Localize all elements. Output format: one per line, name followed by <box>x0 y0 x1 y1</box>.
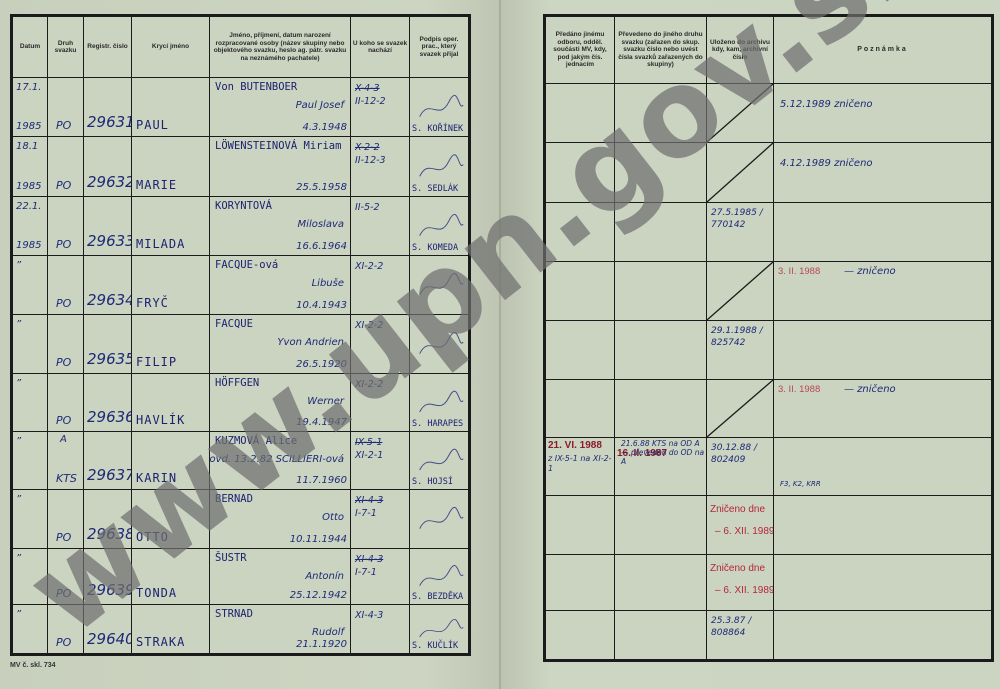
table-row: ” PO 29634 FRYČ FACQUE-ová Libuše 10.4.1… <box>12 256 470 315</box>
file-type: PO <box>56 119 71 132</box>
header-cover-name: Krycí jméno <box>132 16 210 78</box>
person-surname: BERNAD <box>215 493 253 505</box>
cell-file-location: XI-2-2 <box>351 374 410 432</box>
date-line-1: ” <box>16 260 21 271</box>
date-line-1: ” <box>16 494 21 505</box>
person-surname: FACQUE <box>215 318 253 330</box>
cell-signature: S. KOŘÍNEK <box>410 78 470 137</box>
cell-archived: 25.3.87 / 808864 <box>707 611 774 661</box>
location-line-1: XI-2-2 <box>355 261 383 272</box>
cell-archived: 29.1.1988 / 825742 <box>707 321 774 380</box>
signature-name: S. KUČLÍK <box>412 641 458 651</box>
cell-file-type: PO <box>48 78 84 137</box>
registration-number: 29633 <box>87 232 132 250</box>
cell-archived <box>707 84 774 143</box>
cell-person: Von BUTENBOER Paul Josef 4.3.1948 <box>210 78 351 137</box>
table-row: 4.12.1989 zničeno <box>545 143 993 203</box>
person-birthdate: 10.4.1943 <box>296 300 347 311</box>
cell-signature: S. KUČLÍK <box>410 605 470 655</box>
registration-number: 29640 <box>87 630 132 648</box>
registration-number: 29634 <box>87 291 132 309</box>
cell-date: ” <box>12 374 48 432</box>
registration-number: 29639 <box>87 581 132 599</box>
cell-registration-number: 29635 <box>84 315 132 374</box>
location-line-2: II-12-3 <box>355 155 386 166</box>
signature-scribble-icon <box>410 256 468 314</box>
cell-person: BERNAD Otto 10.11.1944 <box>210 490 351 549</box>
cell-file-type: PO <box>48 137 84 197</box>
cell-person: FACQUE-ová Libuše 10.4.1943 <box>210 256 351 315</box>
table-row: 21. VI. 1988 z IX-5-1 na XI-2-1 16. II. … <box>545 438 993 496</box>
cell-handed-over <box>545 84 615 143</box>
person-surname: ŠUSTR <box>215 552 247 564</box>
registration-number: 29635 <box>87 350 132 368</box>
table-row: ” A KTS 29637 KARIN KUZMOVÁ Alice provd.… <box>12 432 470 490</box>
cell-file-location: X-2-2 II-12-3 <box>351 137 410 197</box>
cell-archived: Zničeno dne – 6. XII. 1989 <box>707 555 774 611</box>
header-handed-over: Předáno jinému odboru, odděl. součásti M… <box>545 16 615 84</box>
form-number: MV č. skl. 734 <box>10 662 56 669</box>
location-line-2: XI-2-1 <box>355 450 383 461</box>
table-row: 5.12.1989 zničeno <box>545 84 993 143</box>
signature-name: S. SEDLÁK <box>412 184 458 194</box>
cancel-slash-icon <box>707 262 773 320</box>
cell-registration-number: 29639 <box>84 549 132 605</box>
cell-file-location: XI-2-2 <box>351 256 410 315</box>
header-registration-number: Registr. číslo <box>84 16 132 78</box>
cell-file-type: PO <box>48 197 84 256</box>
cell-file-type: PO <box>48 549 84 605</box>
cell-note: F3, K2, KRR <box>774 438 993 496</box>
handed-over-text: z IX-5-1 na XI-2-1 <box>548 454 614 474</box>
person-surname: KORYNTOVÁ <box>215 200 272 212</box>
person-birthdate: 4.3.1948 <box>302 122 347 133</box>
cover-name: FRYČ <box>136 296 169 310</box>
table-row: 29.1.1988 / 825742 <box>545 321 993 380</box>
person-birthdate: 25.12.1942 <box>290 590 347 601</box>
signature-name: S. HARAPES <box>412 419 463 429</box>
cell-handed-over <box>545 555 615 611</box>
date-line-2: 1985 <box>16 181 41 192</box>
cell-person: FACQUE Yvon Andrien 26.5.1920 <box>210 315 351 374</box>
cell-note <box>774 321 993 380</box>
person-birthdate: 10.11.1944 <box>290 534 347 545</box>
converted-text: 21.6.88 KTS na OD A — převeden do OD na … <box>621 439 705 466</box>
person-birthdate: 25.5.1958 <box>296 182 347 193</box>
location-line-1: XI-2-2 <box>355 320 383 331</box>
cell-file-location: X-4-3 II-12-2 <box>351 78 410 137</box>
file-type: PO <box>56 636 71 649</box>
location-line-1: XI-4-3 <box>355 495 383 506</box>
note-text: — zničeno <box>844 266 896 277</box>
cell-file-type: PO <box>48 490 84 549</box>
file-type-note: A <box>60 434 67 445</box>
cover-name: STRAKA <box>136 635 185 649</box>
cell-date: 17.1. 1985 <box>12 78 48 137</box>
cell-signature <box>410 256 470 315</box>
cell-converted <box>615 496 707 555</box>
registry-ledger-left: Datum Druh svazku Registr. číslo Krycí j… <box>10 14 471 656</box>
archive-number: 25.3.87 / 808864 <box>711 615 771 639</box>
cover-name: HAVLÍK <box>136 413 185 427</box>
cover-name: MARIE <box>136 178 177 192</box>
cell-archived: 27.5.1985 / 770142 <box>707 203 774 262</box>
cell-cover-name: HAVLÍK <box>132 374 210 432</box>
table-row: 3. II. 1988 — zničeno <box>545 380 993 438</box>
location-line-1: X-4-3 <box>355 83 380 94</box>
destroyed-stamp-line-1: Zničeno dne <box>710 504 765 515</box>
cell-signature <box>410 490 470 549</box>
file-type: KTS <box>56 472 77 485</box>
table-row: ” PO 29636 HAVLÍK HÖFFGEN Werner 19.4.19… <box>12 374 470 432</box>
person-firstname: Otto <box>322 512 344 523</box>
cell-file-type: PO <box>48 605 84 655</box>
cell-note: 5.12.1989 zničeno <box>774 84 993 143</box>
cell-handed-over <box>545 143 615 203</box>
signature-scribble-icon <box>410 490 468 548</box>
cell-converted <box>615 203 707 262</box>
cover-name: MILADA <box>136 237 185 251</box>
signature-scribble-icon <box>410 315 468 373</box>
table-row: Zničeno dne – 6. XII. 1989 <box>545 555 993 611</box>
cancel-slash-icon <box>707 84 773 142</box>
file-type: PO <box>56 297 71 310</box>
cell-date: ” <box>12 256 48 315</box>
cell-cover-name: KARIN <box>132 432 210 490</box>
person-birthdate: 19.4.1947 <box>296 417 347 428</box>
location-line-1: X-2-2 <box>355 142 380 153</box>
header-file-location: U koho se svazek nachází <box>351 16 410 78</box>
cancel-slash-icon <box>707 143 773 202</box>
cell-file-location: II-5-2 <box>351 197 410 256</box>
header-file-type: Druh svazku <box>48 16 84 78</box>
cell-note <box>774 203 993 262</box>
cell-file-type: A KTS <box>48 432 84 490</box>
cell-converted <box>615 262 707 321</box>
destroyed-stamp-line-2: – 6. XII. 1989 <box>715 526 774 537</box>
file-type: PO <box>56 531 71 544</box>
cell-cover-name: FILIP <box>132 315 210 374</box>
cell-note <box>774 496 993 555</box>
cell-signature: S. BEZDĚKA <box>410 549 470 605</box>
person-firstname: Libuše <box>312 278 344 289</box>
cell-converted <box>615 321 707 380</box>
archive-number: 29.1.1988 / 825742 <box>711 325 771 349</box>
person-firstname: Paul Josef <box>296 100 344 111</box>
archive-number: 30.12.88 / 802409 <box>711 442 771 466</box>
cancel-slash-icon <box>707 380 773 437</box>
cell-converted <box>615 84 707 143</box>
cell-date: ” <box>12 490 48 549</box>
cell-signature: S. HARAPES <box>410 374 470 432</box>
date-line-2: 1985 <box>16 121 41 132</box>
person-surname: HÖFFGEN <box>215 377 259 389</box>
date-line-1: ” <box>16 609 21 620</box>
cell-date: 18.1 1985 <box>12 137 48 197</box>
cell-file-location: XI-4-3 <box>351 605 410 655</box>
cell-signature: S. KOMEDA <box>410 197 470 256</box>
note-text: 4.12.1989 zničeno <box>780 158 873 169</box>
cell-archived <box>707 262 774 321</box>
note-text: F3, K2, KRR <box>780 480 821 488</box>
cell-note: 3. II. 1988 — zničeno <box>774 380 993 438</box>
cell-converted <box>615 143 707 203</box>
signature-name: S. KOMEDA <box>412 243 458 253</box>
cell-file-type: PO <box>48 256 84 315</box>
person-firstname: Yvon Andrien <box>277 337 344 348</box>
person-surname: STRNAD <box>215 608 253 620</box>
person-birthdate: 11.7.1960 <box>296 475 347 486</box>
cell-converted <box>615 555 707 611</box>
cell-registration-number: 29633 <box>84 197 132 256</box>
registration-number: 29638 <box>87 525 132 543</box>
location-line-1: XI-2-2 <box>355 379 383 390</box>
cell-signature: S. HOJSÍ <box>410 432 470 490</box>
cell-converted <box>615 380 707 438</box>
cell-note <box>774 555 993 611</box>
date-line-1: 18.1 <box>16 141 38 152</box>
cell-note: 3. II. 1988 — zničeno <box>774 262 993 321</box>
person-firstname: Miloslava <box>298 219 344 230</box>
cell-signature <box>410 315 470 374</box>
signature-name: S. KOŘÍNEK <box>412 124 463 134</box>
header-row: Datum Druh svazku Registr. číslo Krycí j… <box>12 16 470 78</box>
header-converted: Převedeno do jiného druhu svazku (zařaze… <box>615 16 707 84</box>
location-line-2: II-12-2 <box>355 96 386 107</box>
header-note: Poznámka <box>774 16 993 84</box>
date-line-1: 17.1. <box>16 82 41 93</box>
cell-archived <box>707 143 774 203</box>
archive-number: 27.5.1985 / 770142 <box>711 207 771 231</box>
file-type: PO <box>56 238 71 251</box>
person-firstname: Rudolf <box>312 627 344 638</box>
table-row: 17.1. 1985 PO 29631 PAUL Von BUTENBOER P… <box>12 78 470 137</box>
cell-handed-over <box>545 203 615 262</box>
location-line-1: XI-4-3 <box>355 610 383 621</box>
cell-registration-number: 29638 <box>84 490 132 549</box>
cell-person: LÖWENSTEINOVÁ Miriam 25.5.1958 <box>210 137 351 197</box>
cell-handed-over: 21. VI. 1988 z IX-5-1 na XI-2-1 <box>545 438 615 496</box>
cell-archived <box>707 380 774 438</box>
date-line-1: ” <box>16 436 21 447</box>
cell-file-location: XI-4-3 I-7-1 <box>351 549 410 605</box>
table-row: ” PO 29640 STRAKA STRNAD Rudolf 21.1.192… <box>12 605 470 655</box>
cell-note <box>774 611 993 661</box>
table-row: 27.5.1985 / 770142 <box>545 203 993 262</box>
table-row: ” PO 29639 TONDA ŠUSTR Antonín 25.12.194… <box>12 549 470 605</box>
registration-number: 29636 <box>87 408 132 426</box>
cell-note: 4.12.1989 zničeno <box>774 143 993 203</box>
table-row: 3. II. 1988 — zničeno <box>545 262 993 321</box>
cell-date: 22.1. 1985 <box>12 197 48 256</box>
cell-cover-name: OTTO <box>132 490 210 549</box>
header-row: Předáno jinému odboru, odděl. součásti M… <box>545 16 993 84</box>
cell-file-location: XI-2-2 <box>351 315 410 374</box>
header-archived: Uloženo do archivu kdy, kam, archivní čí… <box>707 16 774 84</box>
person-firstname: Werner <box>307 396 344 407</box>
signature-name: S. HOJSÍ <box>412 477 453 487</box>
cell-cover-name: TONDA <box>132 549 210 605</box>
location-line-1: XI-4-3 <box>355 554 383 565</box>
cell-converted <box>615 611 707 661</box>
cell-registration-number: 29637 <box>84 432 132 490</box>
handed-over-stamp: 21. VI. 1988 <box>548 440 602 451</box>
date-line-2: 1985 <box>16 240 41 251</box>
cell-registration-number: 29631 <box>84 78 132 137</box>
location-line-2: I-7-1 <box>355 567 377 578</box>
header-signature: Podpis oper. prac., který svazek přijal <box>410 16 470 78</box>
cover-name: OTTO <box>136 530 169 544</box>
cover-name: KARIN <box>136 471 177 485</box>
person-surname: LÖWENSTEINOVÁ Miriam <box>215 140 341 152</box>
date-line-1: ” <box>16 378 21 389</box>
cell-handed-over <box>545 611 615 661</box>
person-firstname: Antonín <box>305 571 344 582</box>
person-birthdate: 26.5.1920 <box>296 359 347 370</box>
cell-person: HÖFFGEN Werner 19.4.1947 <box>210 374 351 432</box>
table-row: 22.1. 1985 PO 29633 MILADA KORYNTOVÁ Mil… <box>12 197 470 256</box>
cell-file-type: PO <box>48 315 84 374</box>
cover-name: TONDA <box>136 586 177 600</box>
cell-handed-over <box>545 262 615 321</box>
person-surname: Von BUTENBOER <box>215 81 297 93</box>
cell-archived: 30.12.88 / 802409 <box>707 438 774 496</box>
cell-date: ” <box>12 605 48 655</box>
cell-date: ” <box>12 315 48 374</box>
location-line-2: I-7-1 <box>355 508 377 519</box>
table-row: 25.3.87 / 808864 <box>545 611 993 661</box>
date-line-1: ” <box>16 319 21 330</box>
file-type: PO <box>56 356 71 369</box>
person-birthdate: 16.6.1964 <box>296 241 347 252</box>
cell-handed-over <box>545 380 615 438</box>
cell-person: KORYNTOVÁ Miloslava 16.6.1964 <box>210 197 351 256</box>
person-firstname: provd. 13.2.82 SCILLIERI-ová <box>210 454 345 465</box>
file-type: PO <box>56 414 71 427</box>
cell-date: ” <box>12 432 48 490</box>
cell-registration-number: 29640 <box>84 605 132 655</box>
cell-file-location: IX-5-1 XI-2-1 <box>351 432 410 490</box>
header-person: Jméno, příjmení, datum narození rozpraco… <box>210 16 351 78</box>
cell-handed-over <box>545 496 615 555</box>
cell-person: KUZMOVÁ Alice provd. 13.2.82 SCILLIERI-o… <box>210 432 351 490</box>
file-type: PO <box>56 179 71 192</box>
book-spine <box>499 0 501 689</box>
location-line-1: II-5-2 <box>355 202 380 213</box>
cell-cover-name: MILADA <box>132 197 210 256</box>
cell-cover-name: STRAKA <box>132 605 210 655</box>
cell-file-type: PO <box>48 374 84 432</box>
cell-converted: 16. II. 1987 21.6.88 KTS na OD A — převe… <box>615 438 707 496</box>
cell-cover-name: MARIE <box>132 137 210 197</box>
signature-name: S. BEZDĚKA <box>412 592 463 602</box>
table-row: ” PO 29638 OTTO BERNAD Otto 10.11.1944 X… <box>12 490 470 549</box>
registration-number: 29632 <box>87 173 132 191</box>
registry-ledger-right: Předáno jinému odboru, odděl. součásti M… <box>543 14 994 662</box>
note-stamp: 3. II. 1988 <box>778 266 820 277</box>
table-row: ” PO 29635 FILIP FACQUE Yvon Andrien 26.… <box>12 315 470 374</box>
cover-name: PAUL <box>136 118 169 132</box>
person-birthdate: 21.1.1920 <box>296 639 347 650</box>
person-surname: FACQUE-ová <box>215 259 278 271</box>
cell-person: STRNAD Rudolf 21.1.1920 <box>210 605 351 655</box>
cover-name: FILIP <box>136 355 177 369</box>
note-text: — zničeno <box>844 384 896 395</box>
cell-date: ” <box>12 549 48 605</box>
cell-cover-name: PAUL <box>132 78 210 137</box>
person-surname: KUZMOVÁ Alice <box>215 435 297 447</box>
cell-cover-name: FRYČ <box>132 256 210 315</box>
file-type: PO <box>56 587 71 600</box>
destroyed-stamp-line-2: – 6. XII. 1989 <box>715 585 774 596</box>
table-row: 18.1 1985 PO 29632 MARIE LÖWENSTEINOVÁ M… <box>12 137 470 197</box>
registration-number: 29637 <box>87 466 132 484</box>
header-date: Datum <box>12 16 48 78</box>
destroyed-stamp-line-1: Zničeno dne <box>710 563 765 574</box>
registration-number: 29631 <box>87 113 132 131</box>
cell-registration-number: 29632 <box>84 137 132 197</box>
table-row: Zničeno dne – 6. XII. 1989 <box>545 496 993 555</box>
date-line-1: 22.1. <box>16 201 41 212</box>
note-text: 5.12.1989 zničeno <box>780 99 873 110</box>
cell-person: ŠUSTR Antonín 25.12.1942 <box>210 549 351 605</box>
cell-registration-number: 29636 <box>84 374 132 432</box>
location-line-1: IX-5-1 <box>355 437 382 448</box>
date-line-1: ” <box>16 553 21 564</box>
cell-registration-number: 29634 <box>84 256 132 315</box>
cell-file-location: XI-4-3 I-7-1 <box>351 490 410 549</box>
cell-handed-over <box>545 321 615 380</box>
cell-signature: S. SEDLÁK <box>410 137 470 197</box>
cell-archived: Zničeno dne – 6. XII. 1989 <box>707 496 774 555</box>
note-stamp: 3. II. 1988 <box>778 384 820 395</box>
